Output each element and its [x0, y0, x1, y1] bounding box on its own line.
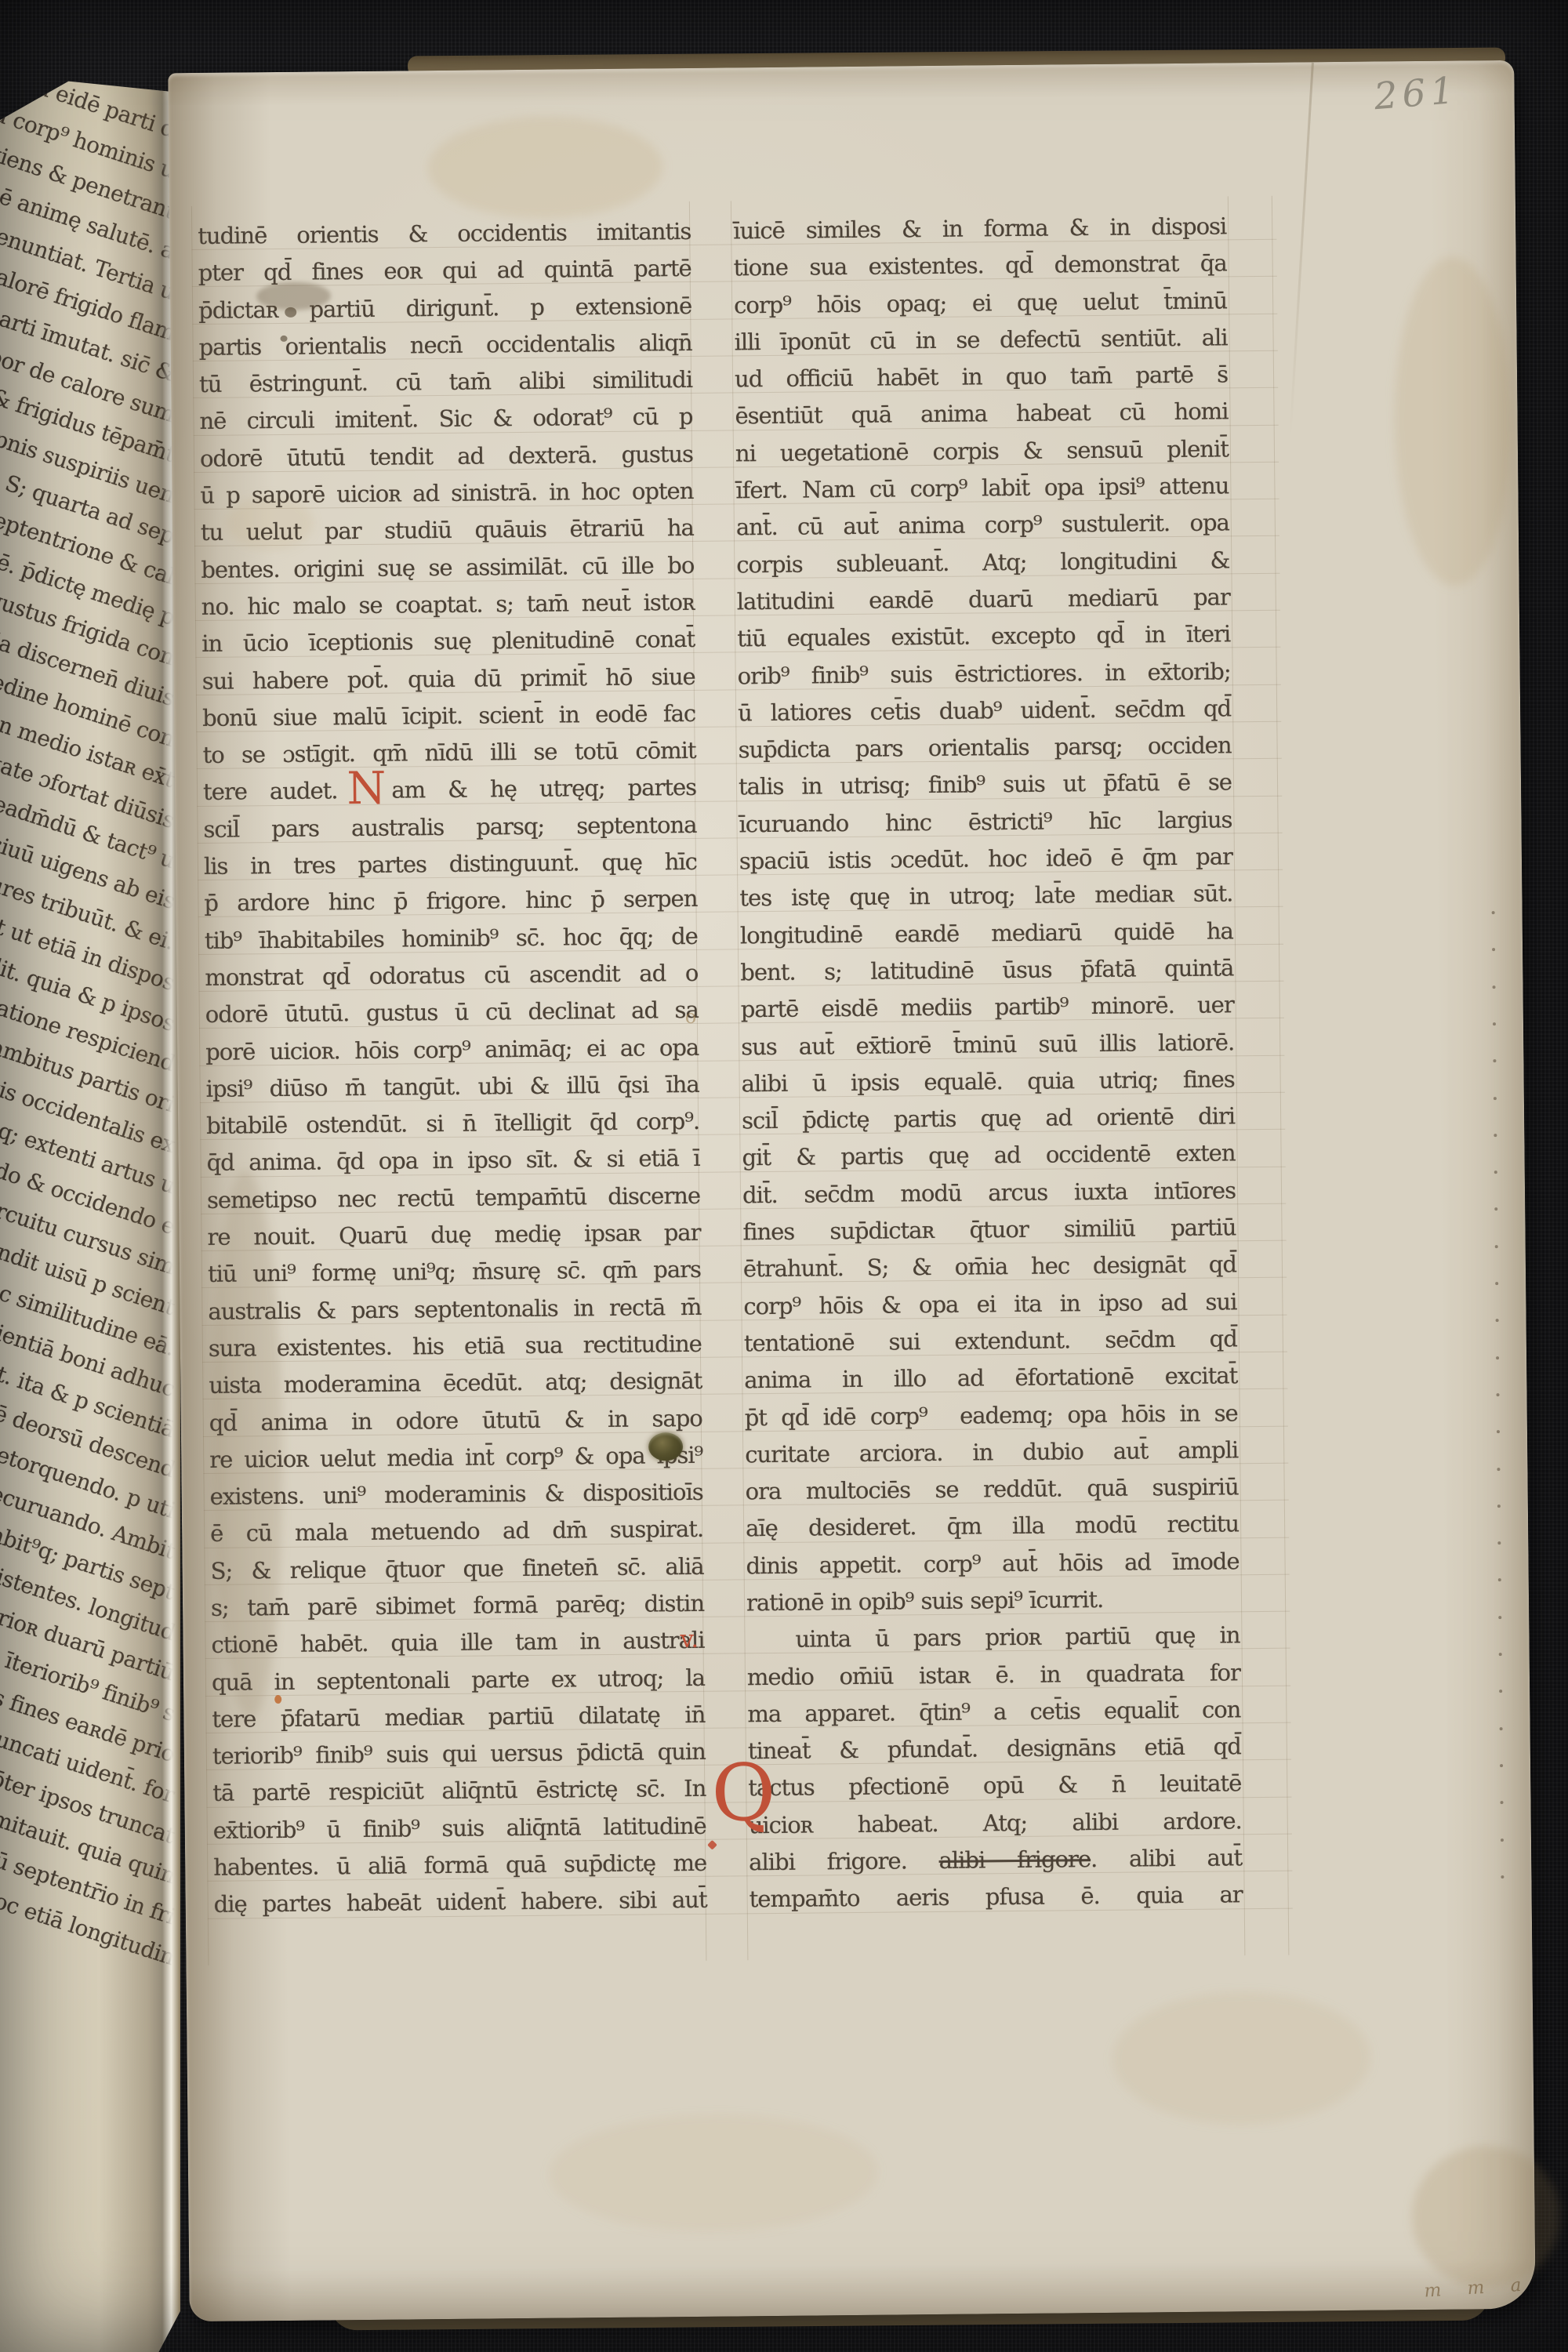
- text-line: ex̄tiorib⁹ ū finib⁹ suis aliq̄ntā latitu…: [213, 1808, 706, 1849]
- text-line: sui habere pot̄. quia dū primit̄ hō siue: [201, 658, 695, 699]
- text-line: aīę desideret. q̄m illa modū rectitu: [746, 1506, 1239, 1548]
- text-line: īfert. Nam cū corp⁹ labit̄ opa ipsi⁹ att…: [735, 467, 1229, 509]
- text-line: tudinē orientis & occidentis imitantis: [198, 213, 691, 255]
- foxing-stain: [1112, 1991, 1372, 2126]
- pigment-speck: [274, 1695, 281, 1704]
- text-line: ma apparet. q̄tin⁹ a cet̄is equalit̄ con: [747, 1691, 1240, 1733]
- text-line: tempam̄to aeris pfusa ē. quia ar: [749, 1877, 1242, 1918]
- text-line: corpis subleuant̄. Atq; longitudini &: [736, 542, 1229, 583]
- text-line: tib⁹ īhabitabiles hominib⁹ sc̄. hoc q̄q;…: [205, 918, 698, 960]
- text-line: s; tam̄ parē sibimet formā parēq; distin: [211, 1585, 704, 1627]
- text-line: dit̄. sec̄dm modū arcus iuxta intīores: [742, 1172, 1236, 1214]
- text-line: fines sup̄dictaʀ q̄tuor similiū partiū: [742, 1209, 1236, 1250]
- ink-speck: [280, 336, 287, 342]
- text-line: re uicioʀ uelut media int̄ corp⁹ & opa i…: [209, 1437, 702, 1479]
- text-line: illi īponūt cū in se defectū sentiūt. al…: [734, 319, 1227, 361]
- text-line: talis in utrisq; finib⁹ suis ut p̄fatū ē…: [739, 764, 1232, 806]
- text-line: bentes. origini suę se assimilāt. cū ill…: [201, 547, 694, 589]
- text-line: tactus pfectionē opū & n̄ leuitatē: [748, 1766, 1241, 1807]
- text-line: teriorib⁹ finib⁹ suis qui uersus p̄dictā…: [212, 1733, 706, 1775]
- text-line: lis in tres partes distinguunt̄. quę hīc: [204, 844, 697, 885]
- text-line: tere audet.Nam & hę utręq; partes: [203, 769, 696, 811]
- text-line: ēsentiūt quā anima habeat cū homi: [735, 394, 1228, 435]
- text-line: orib⁹ finib⁹ suis ēstrictiores. in ex̄to…: [737, 653, 1230, 695]
- text-line: p̄ ardore hinc p̄ frigore. hinc p̄ serpe…: [204, 880, 697, 922]
- folio-number-pencil: 261: [1373, 69, 1461, 118]
- text-line: scil̄ p̄dictę partis quę ad orientē diri: [742, 1098, 1235, 1139]
- text-line: monstrat qd̄ odoratus cū ascendit ad o: [205, 955, 698, 996]
- corner-inscription: m m a: [1424, 2274, 1532, 2301]
- foxing-stain: [1393, 256, 1514, 586]
- text-line: ctionē habēt. quia ille tam in australi: [211, 1622, 704, 1664]
- text-line: curitate arciora. in dubio aut̄ ampli: [745, 1432, 1238, 1473]
- manuscript-page: tudinē orientis & occidentis imitantispt…: [168, 60, 1535, 2321]
- parchment-crease: [1289, 63, 1314, 438]
- text-line: tū ēstringunt̄. cū tam̄ alibi similitudi: [199, 361, 692, 403]
- text-line: uicioʀ habeat. Atq; alibi ardore.: [749, 1802, 1242, 1844]
- text-line: p̄t qd̄ idē corp⁹ eademq; opa hōis in se: [745, 1395, 1238, 1436]
- text-line: tu uelut par studiū quāuis ētrariū ha: [201, 510, 694, 551]
- text-line: to se ɔstīgit. qm̄ nīdū illi se totū cōm…: [202, 732, 695, 774]
- text-line: tes istę quę in utroq; lat̄e mediaʀ sūt.: [739, 876, 1232, 917]
- text-line: porē uicioʀ. hōis corp⁹ animāq; ei ac op…: [205, 1029, 699, 1070]
- text-line: tentationē sui extendunt. sec̄dm qd̄: [744, 1320, 1237, 1362]
- text-line: corp⁹ hōis & opa ei ita in ipso ad sui: [743, 1283, 1236, 1325]
- text-line: sura existentes. his etiā sua rectitudin…: [209, 1326, 702, 1367]
- text-line: australis & pars septentonalis in rectā …: [208, 1288, 701, 1330]
- rubric-paragraph-mark: v.: [680, 1625, 699, 1653]
- text-line: uinta ū pars prioʀ partiū quę in: [746, 1617, 1240, 1659]
- text-line: S; & relique q̄tuor que fineten̄ sc̄. al…: [210, 1548, 703, 1590]
- text-line: semetipso nec rectū tempam̄tū discerne: [207, 1178, 700, 1219]
- rubric-dot: [707, 1840, 717, 1850]
- text-line: dię partes habeāt uident̄ habere. sibi a…: [213, 1882, 706, 1923]
- text-line: sup̄dicta pars orientalis parsq; occiden: [738, 727, 1231, 768]
- text-line: in ūcio īceptionis suę plenitudinē conat…: [201, 621, 695, 662]
- text-line: existens. uni⁹ moderaminis & dispositioī…: [209, 1474, 702, 1515]
- text-line: bitabilē ostendūt. si n̄ ītelligit q̄d c…: [206, 1103, 699, 1145]
- text-line: īuicē similes & in forma & in disposi: [733, 208, 1226, 249]
- text-line: ora multociēs se reddūt. quā suspiriū: [745, 1468, 1238, 1510]
- text-line: qd̄ anima in odore ūtutū & in sapo: [209, 1399, 702, 1441]
- text-line: anima in illo ad ēfortationē excitat̄: [744, 1357, 1237, 1399]
- text-line: nē circuli imitent̄. Sic & odorat⁹ cū p: [199, 398, 692, 440]
- text-line: īcuruando hinc ēstricti⁹ hīc largius: [739, 801, 1232, 843]
- text-line: ē cū mala metuendo ad dm̄ suspirat.: [210, 1511, 703, 1552]
- text-line: dinis appetit. corp⁹ aut̄ hōis ad īmode: [746, 1543, 1239, 1584]
- text-column-right: Q īuicē similes & in forma & in disposit…: [733, 208, 1243, 1918]
- text-line: quā in septentonali parte ex utroq; la: [212, 1659, 705, 1700]
- ink-speck: [285, 307, 296, 318]
- text-line: git̄ & partis quę ad occidentē exten: [742, 1135, 1235, 1177]
- text-line: partē eisdē mediis partib⁹ minorē. uer: [741, 987, 1234, 1029]
- foxing-stain: [548, 2113, 878, 2234]
- text-line: rationē in opib⁹ suis sepi⁹ īcurrit.: [746, 1580, 1240, 1621]
- text-line: ētrahunt̄. S; & om̄ia hec designāt qd̄: [743, 1247, 1236, 1288]
- text-line: tiū equales existūt. excepto qd̄ in īter…: [737, 616, 1230, 658]
- text-line: habentes. ū aliā formā quā sup̄dictę me: [213, 1845, 706, 1886]
- rubric-initial-q: Q: [711, 1754, 775, 1833]
- photo-background: cuā eidē parti dū corp⁹ hominis utiens &…: [0, 0, 1568, 2352]
- text-line: q̄d anima. q̄d opa in ipso sīt. & si eti…: [206, 1140, 699, 1181]
- rubric-initial-n: N: [347, 763, 386, 815]
- text-line: sus aut̄ ex̄tiorē t̄minū suū illis latio…: [741, 1024, 1234, 1065]
- text-line: bonū siue malū īcipit. scient̄ in eodē f…: [202, 695, 695, 737]
- text-line: re nouit. Quarū duę medię ipsaʀ par: [207, 1214, 700, 1256]
- text-line: uista moderamina ēcedūt. atq; designāt: [209, 1363, 702, 1404]
- text-line: medio om̄iū istaʀ ē. in quadrata for: [747, 1654, 1240, 1696]
- text-line: scil̄ pars australis parsq; septentona: [203, 807, 696, 848]
- text-line: ipsi⁹ diūso m̄ tangūt. ubi & illū q̄si ī…: [205, 1066, 699, 1108]
- foxing-stain: [1411, 2145, 1562, 2288]
- text-line: tione sua existentes. qd̄ demonstrat q̄a: [733, 245, 1226, 287]
- text-line: latitudini eaʀdē duarū mediarū par: [737, 579, 1230, 620]
- foxing-stain: [427, 115, 663, 220]
- text-line: ud officiū habēt in quo tam̄ partē s̄: [735, 357, 1228, 398]
- text-line: tā partē respiciūt aliq̄ntū ēstrictę sc̄…: [212, 1770, 706, 1812]
- text-line: no. hic malo se coaptat. s; tam̄ neut̄ i…: [201, 584, 695, 626]
- previous-page-edge: cuā eidē parti dū corp⁹ hominis utiens &…: [0, 72, 180, 2352]
- text-line: ant̄. cū aut̄ anima corp⁹ sustulerit. op…: [736, 505, 1229, 546]
- text-line: spaciū istis ɔcedūt. hoc ideō ē q̄m par: [739, 838, 1232, 880]
- text-line: odorē ūtutū tendit ad dexterā. gustus: [200, 436, 693, 477]
- text-line: ū latiores cet̄is duab⁹ uident̄. sec̄dm …: [738, 690, 1231, 731]
- text-line: partis orientalis necn̄ occidentalis ali…: [198, 325, 691, 366]
- text-column-left: tudinē orientis & occidentis imitantispt…: [198, 213, 707, 1924]
- text-line: ni uegetationē corpis & sensuū plenit̄: [735, 430, 1229, 472]
- text-line: corp⁹ hōis opaq; ei quę uelut t̄minū: [734, 282, 1227, 324]
- struck-text: alibi frigore: [938, 1846, 1091, 1874]
- text-line: longitudinē eaʀdē mediarū quidē ha: [740, 913, 1233, 954]
- text-line: ū p saporē uicioʀ ad sinistrā. in hoc op…: [200, 473, 693, 514]
- marginal-correction: o: [685, 1006, 697, 1028]
- text-line: bent. s; latitudinē ūsus p̄fatā quintā: [740, 949, 1233, 991]
- text-line: tineat̄ & pfundat̄. designāns etiā qd̄: [748, 1728, 1241, 1769]
- text-line: odorē ūtutū. gustus ū cū declinat ad sa: [205, 992, 699, 1033]
- text-line: tiū uni⁹ formę uni⁹q; m̄surę sc̄. qm̄ pa…: [208, 1251, 701, 1293]
- text-line: alibi ū ipsis equalē. quia utriq; fines: [741, 1061, 1234, 1102]
- text-line: tere p̄fatarū mediaʀ partiū dilatatę in̄: [212, 1697, 705, 1738]
- text-line: alibi frigore. alibi frigore. alibi aut̄: [749, 1839, 1242, 1881]
